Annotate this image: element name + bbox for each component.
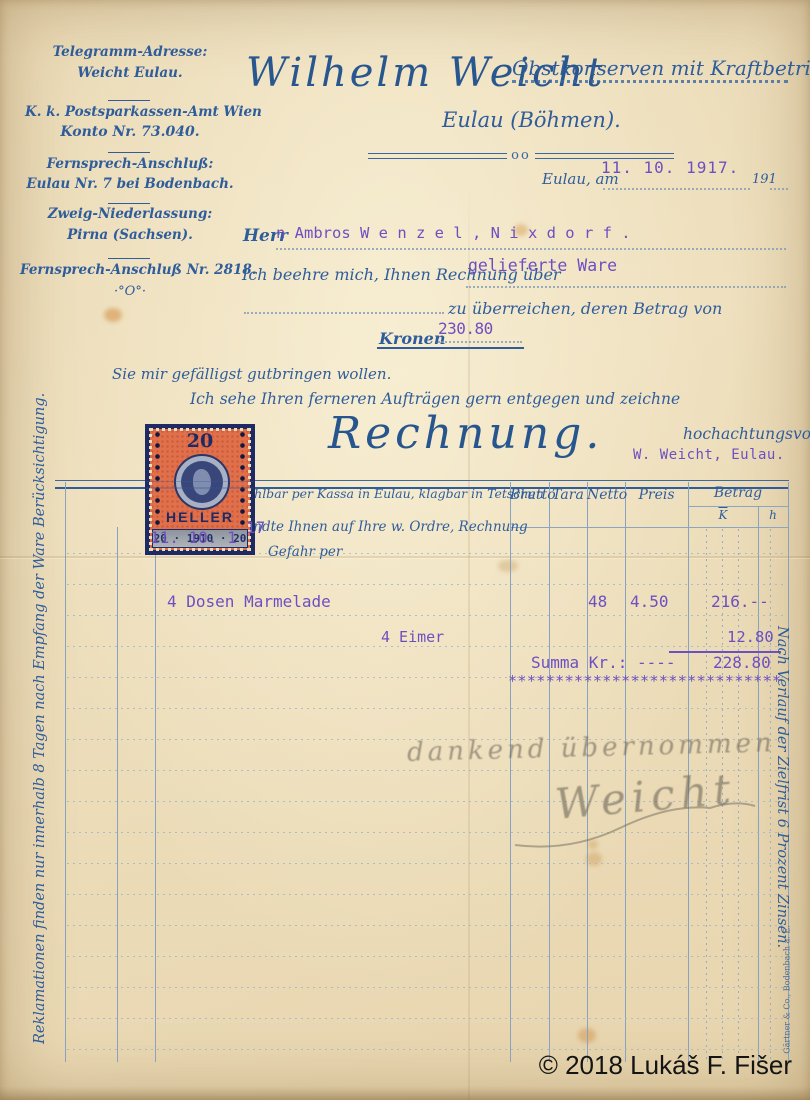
table-row-line xyxy=(67,925,787,926)
letterhead-line: Konto Nr. 73.040. xyxy=(25,124,235,140)
date-year-prefix: 191 xyxy=(752,172,777,187)
page-bottom-edge xyxy=(0,1086,810,1100)
item-preis: 4.50 xyxy=(630,592,669,611)
letterhead-line: Eulau Nr. 7 bei Bodenbach. xyxy=(25,176,235,192)
item-description: 4 Eimer xyxy=(381,628,444,646)
table-column-line xyxy=(510,482,511,1062)
letterhead-contact-block: Zweig-Niederlassung: Pirna (Sachsen). xyxy=(25,206,235,243)
betrag-subheader-rule xyxy=(688,506,788,507)
pencil-note: dankend übernommen xyxy=(407,728,776,768)
table-column-line xyxy=(65,482,66,1062)
signature-flourish xyxy=(510,790,760,850)
column-header-netto: Netto xyxy=(587,487,625,503)
letterhead-line: Pirna (Sachsen). xyxy=(25,227,235,243)
summa-value: 228.80 xyxy=(713,653,771,672)
table-column-line xyxy=(117,527,118,1062)
table-column-line xyxy=(587,482,588,1062)
letterhead-divider xyxy=(108,100,150,101)
paper-stain xyxy=(104,308,122,322)
asterisk-row: ***************************** xyxy=(508,672,782,690)
letterhead-contact-block: Fernsprech-Anschluß Nr. 2818. xyxy=(20,262,240,278)
divider-line xyxy=(368,153,507,159)
column-header-preis: Preis xyxy=(625,487,688,503)
recipient-fill-line xyxy=(276,248,786,250)
table-row-line xyxy=(67,894,787,895)
summa-label: Summa Kr.: ---- xyxy=(531,653,676,672)
divider-ornament: oo xyxy=(511,148,531,163)
paper-stain xyxy=(498,560,518,572)
copyright-watermark: © 2018 Lukáš F. Fišer xyxy=(0,1050,792,1081)
item-betrag: 12.80 xyxy=(727,628,774,646)
table-column-line xyxy=(625,482,626,1062)
letterhead-line: K. k. Postsparkassen-Amt Wien xyxy=(25,104,235,120)
letterhead-line: Fernsprech-Anschluß: xyxy=(25,156,235,172)
body-intro-typed: gelieferte Ware xyxy=(468,256,617,275)
left-margin-note: Reklamationen finden nur innerhalb 8 Tag… xyxy=(32,534,48,1044)
body-fill-line xyxy=(244,312,444,314)
body-gratitude: Sie mir gefälligst gutbringen wollen. xyxy=(112,365,391,383)
letterhead-divider xyxy=(108,258,150,259)
letterhead-ornament: ·°O°· xyxy=(108,284,152,299)
date-overstamp: 11. 10. 1 xyxy=(150,528,237,547)
letterhead-line: Weicht Eulau. xyxy=(30,65,230,81)
company-tagline: Obstkonserven mit Kraftbetrieb xyxy=(512,56,810,80)
column-header-kronen: K xyxy=(688,508,758,522)
stamp-value: 20 xyxy=(150,430,250,452)
letterhead-divider xyxy=(108,152,150,153)
rule-showthrough-on-stamp xyxy=(146,481,254,489)
kronen-underline xyxy=(377,347,524,349)
terms-line: Sandte Ihnen auf Ihre w. Ordre, Rechnung xyxy=(236,519,528,535)
kronen-fill-line xyxy=(438,341,522,343)
table-column-line xyxy=(155,527,156,1062)
letterhead-line: Telegramm-Adresse: xyxy=(30,44,230,60)
body-closing-line: Ich sehe Ihren ferneren Aufträgen gern e… xyxy=(190,390,680,408)
date-overstamp-suffix: 17 xyxy=(246,518,265,537)
date-stamp: 11. 10. 1917. xyxy=(601,158,739,177)
letterhead-line: Fernsprech-Anschluß Nr. 2818. xyxy=(20,262,240,278)
table-header-bottom-rule xyxy=(510,527,788,528)
letterhead-line: Zweig-Niederlassung: xyxy=(25,206,235,222)
table-row-line xyxy=(67,615,787,616)
signer-typed: W. Weicht, Eulau. xyxy=(633,447,785,463)
table-row-line xyxy=(67,987,787,988)
item-description: 4 Dosen Marmelade xyxy=(167,592,331,611)
kronen-value-typed: 230.80 xyxy=(438,319,493,338)
table-row-line xyxy=(67,1018,787,1019)
stamp-unit: HELLER xyxy=(150,509,250,525)
table-column-line xyxy=(758,506,759,1062)
column-header-heller: h xyxy=(758,508,788,522)
body-fill-line xyxy=(466,286,786,288)
printer-imprint: Gärtner & Co., Bodenbach a. E. xyxy=(783,915,792,1065)
letterhead-contact-block: K. k. Postsparkassen-Amt Wien Konto Nr. … xyxy=(25,104,235,140)
terms-line: Zahlbar per Kassa in Eulau, klagbar in T… xyxy=(238,486,544,501)
scanned-invoice-page: Telegramm-Adresse: Weicht Eulau. K. k. P… xyxy=(0,0,810,1100)
date-fill-line xyxy=(770,188,788,190)
fold-crease-vertical xyxy=(468,180,470,1100)
table-row-line xyxy=(67,708,787,709)
table-row-line xyxy=(67,863,787,864)
tagline-dotted-rule xyxy=(512,80,788,83)
table-row-line xyxy=(67,956,787,957)
letterhead-contact-block: Telegramm-Adresse: Weicht Eulau. xyxy=(30,44,230,81)
table-column-line xyxy=(549,482,550,1062)
kronen-label: Kronen xyxy=(379,329,445,348)
letterhead-divider xyxy=(108,203,150,204)
valediction: hochachtungsvoll xyxy=(683,425,810,443)
letterhead-contact-block: Fernsprech-Anschluß: Eulau Nr. 7 bei Bod… xyxy=(25,156,235,192)
body-line2: zu überreichen, deren Betrag von xyxy=(448,299,722,318)
date-fill-line xyxy=(603,188,750,190)
item-betrag: 216.-- xyxy=(711,592,769,611)
column-header-betrag: Betrag xyxy=(688,485,788,501)
table-row-line xyxy=(67,584,787,585)
right-margin-note: Nach Verlauf der Zielfrist 6 Prozent Zin… xyxy=(774,626,790,946)
item-netto: 48 xyxy=(588,592,607,611)
company-location: Eulau (Böhmen). xyxy=(442,108,621,132)
terms-line: Gefahr per xyxy=(268,544,342,560)
table-row-line xyxy=(67,646,787,647)
money-guide-line xyxy=(770,529,771,1062)
column-header-tara: Tara xyxy=(549,487,587,503)
invoice-title: Rechnung. xyxy=(328,408,603,459)
recipient-name-typed: n Ambros W e n z e l , N i x d o r f . xyxy=(276,224,631,242)
